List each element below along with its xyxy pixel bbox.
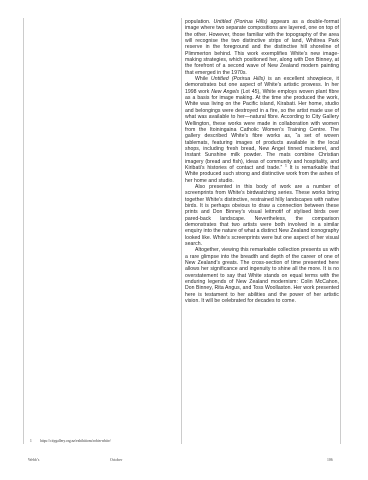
footer-page-number: 106 bbox=[327, 458, 333, 462]
body-text-run: (Lot 45), White employs woven plant fibr… bbox=[185, 89, 339, 171]
footer-issue: October bbox=[110, 458, 122, 462]
article-text: population. Untitled (Porirua Hills) app… bbox=[185, 19, 339, 304]
paragraph: Altogether, viewing this remarkable coll… bbox=[185, 247, 339, 304]
body-text-run: While bbox=[195, 76, 211, 82]
artwork-title: New Angels bbox=[211, 89, 239, 95]
footnote: 1https://citygallery.org.nz/exhibitions/… bbox=[30, 439, 180, 443]
body-text-run: Altogether, viewing this remarkable coll… bbox=[185, 247, 339, 304]
footnote-marker: 1 bbox=[30, 439, 40, 443]
column-divider-rule bbox=[181, 18, 182, 444]
footer-publisher: Webb’s bbox=[28, 458, 39, 462]
paragraph: While Untitled (Porirua Hills) is an exc… bbox=[185, 76, 339, 184]
document-page: population. Untitled (Porirua Hills) app… bbox=[0, 0, 368, 480]
left-margin-rule bbox=[23, 18, 24, 444]
paragraph: population. Untitled (Porirua Hills) app… bbox=[185, 19, 339, 76]
artwork-title: Untitled (Porirua Hills) bbox=[211, 76, 265, 82]
page-footer: Webb’s October 106 bbox=[0, 458, 368, 468]
body-text-run: Also presented in this body of work are … bbox=[185, 184, 339, 247]
paragraph: Also presented in this body of work are … bbox=[185, 184, 339, 247]
right-margin-rule bbox=[340, 18, 341, 444]
body-text-run: population. bbox=[185, 19, 214, 25]
body-text-run: appears as a double-format image where t… bbox=[185, 19, 339, 76]
artwork-title: Untitled (Porirua Hills) bbox=[214, 19, 268, 25]
footnote-url: https://citygallery.org.nz/exhibitions/r… bbox=[40, 439, 111, 443]
